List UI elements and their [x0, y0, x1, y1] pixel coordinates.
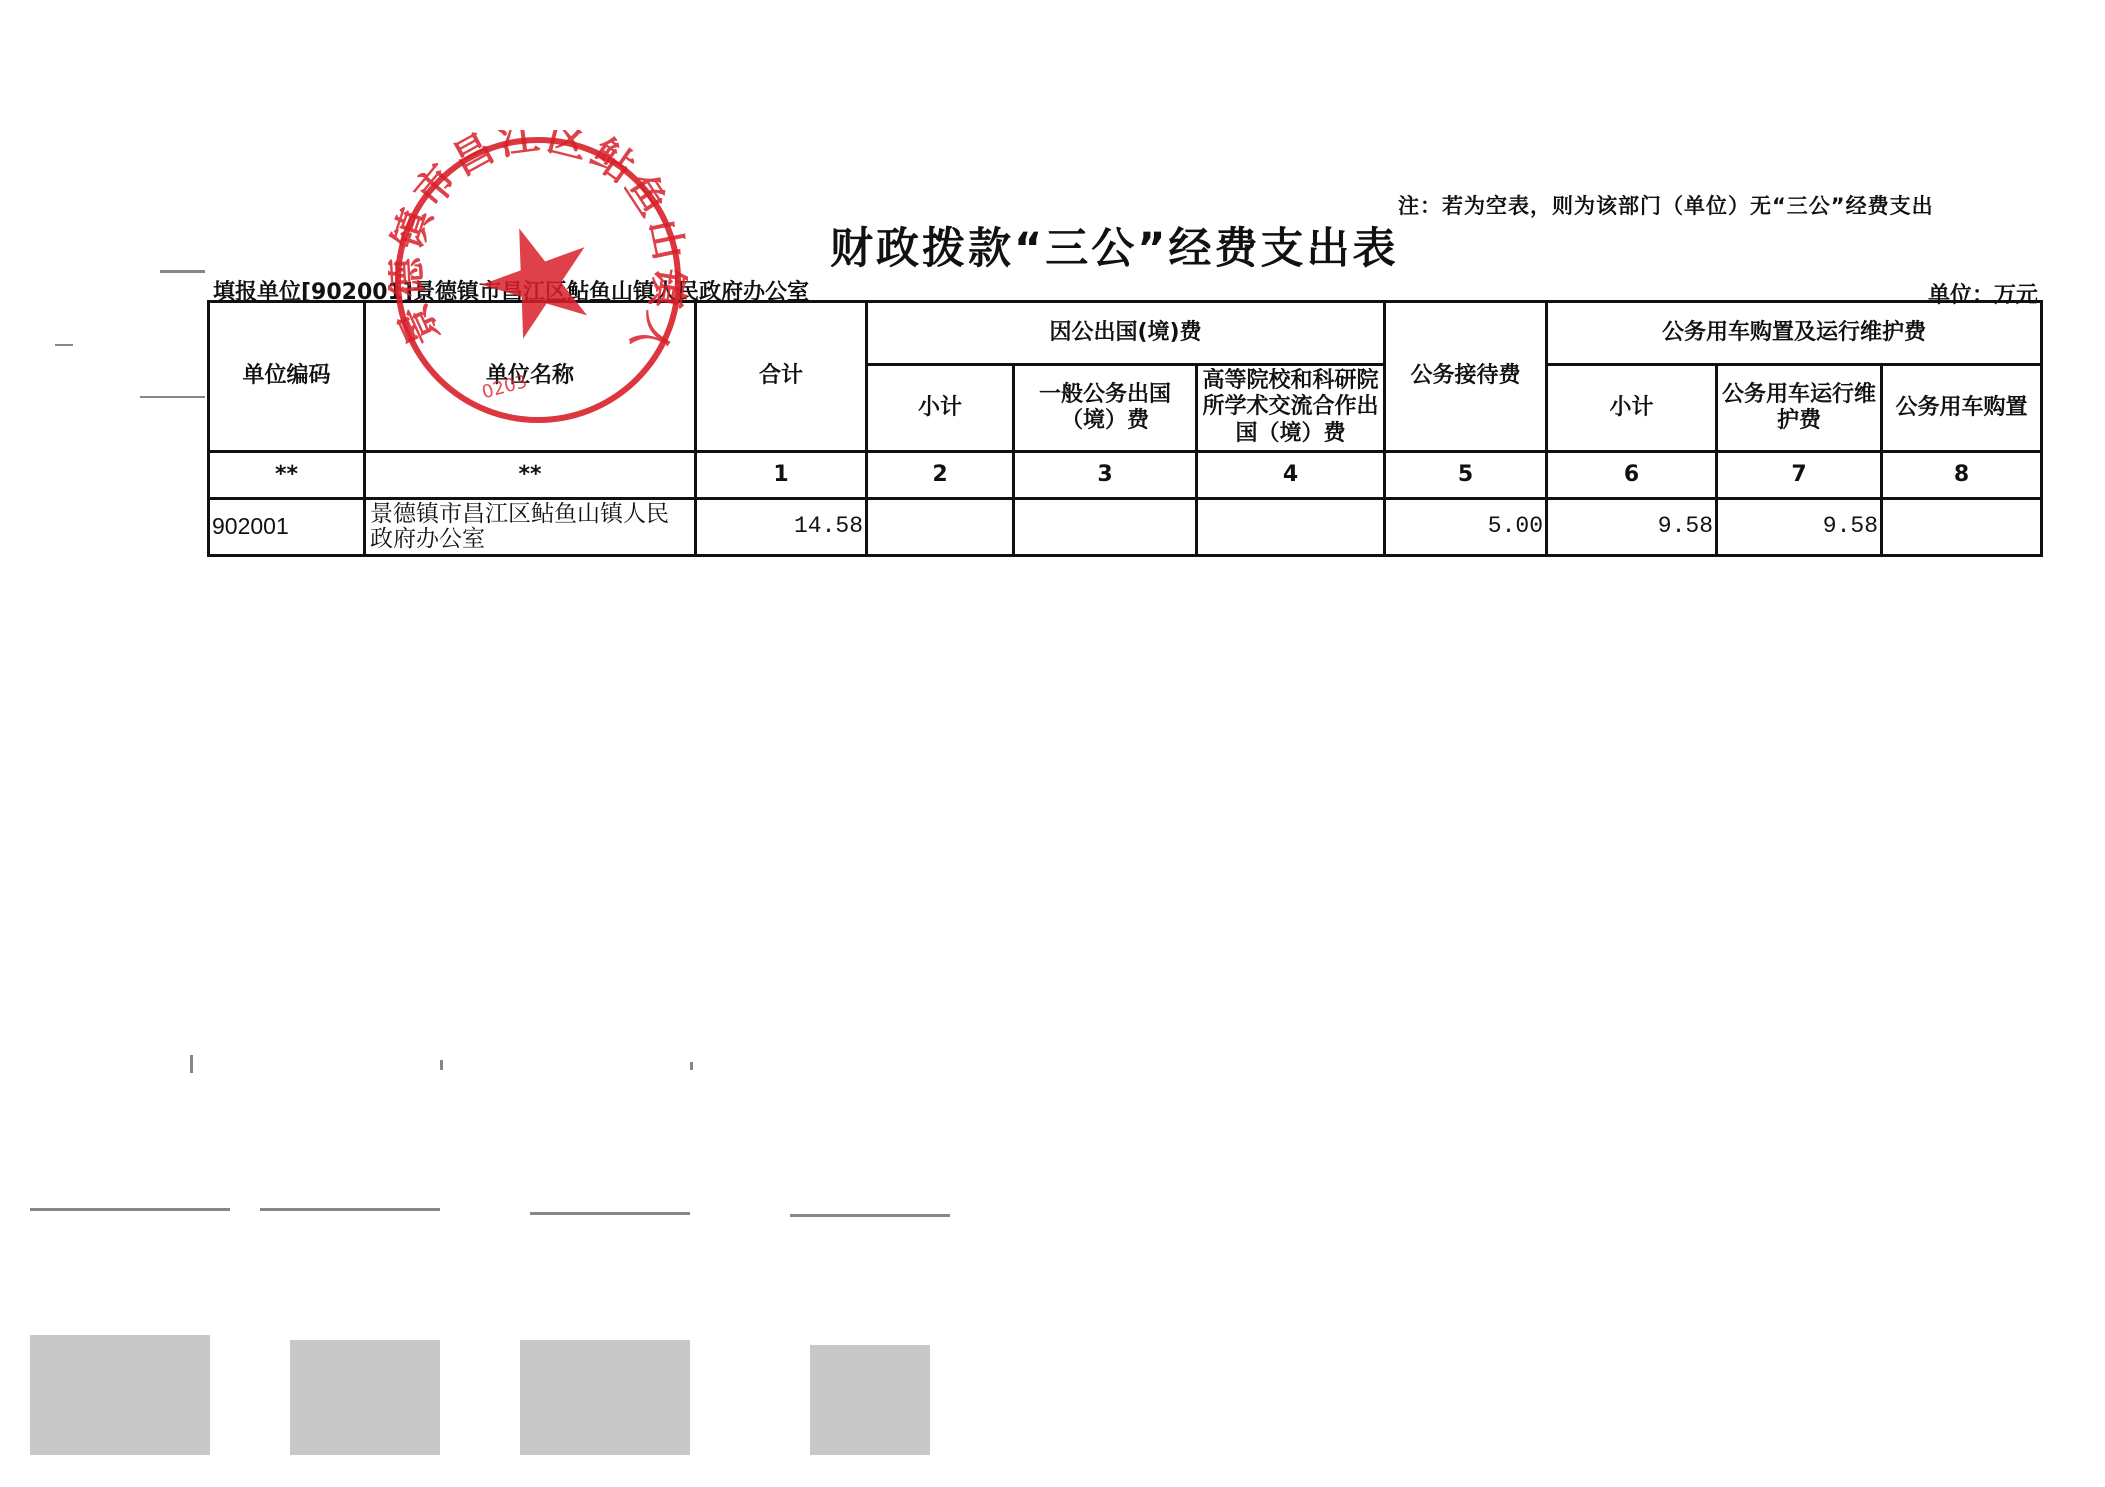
index-cell: 4	[1197, 452, 1385, 499]
header-unit-code: 单位编码	[209, 302, 365, 452]
cell-overseas-general	[1014, 499, 1197, 556]
header-vehicle-purchase: 公务用车购置	[1882, 365, 2042, 452]
scan-blot	[520, 1340, 690, 1455]
header-overseas-academic-text: 高等院校和科研院所学术交流合作出国（境）费	[1202, 368, 1379, 444]
cell-reception: 5.00	[1385, 499, 1547, 556]
scan-blot	[810, 1345, 930, 1455]
index-cell: 7	[1717, 452, 1882, 499]
index-cell: 1	[696, 452, 867, 499]
header-overseas-group: 因公出国(境)费	[867, 302, 1385, 365]
three-public-expenses-table: 单位编码 单位名称 合计 因公出国(境)费 公务接待费 公务用车购置及运行维护费…	[207, 300, 2043, 557]
index-cell: 3	[1014, 452, 1197, 499]
cell-total: 14.58	[696, 499, 867, 556]
scan-mark	[440, 1060, 443, 1070]
index-cell: 2	[867, 452, 1014, 499]
scan-blot	[30, 1335, 210, 1455]
scan-mark	[530, 1212, 690, 1215]
scan-mark	[160, 270, 205, 273]
column-index-row: ** ** 1 2 3 4 5 6 7 8	[209, 452, 2042, 499]
table-row: 902001 景德镇市昌江区鲇鱼山镇人民政府办公室 14.58 5.00 9.5…	[209, 499, 2042, 556]
header-total: 合计	[696, 302, 867, 452]
header-vehicle-subtotal: 小计	[1547, 365, 1717, 452]
header-overseas-subtotal: 小计	[867, 365, 1014, 452]
cell-unit-code: 902001	[209, 499, 365, 556]
header-overseas-academic: 高等院校和科研院所学术交流合作出国（境）费	[1197, 365, 1385, 452]
index-cell: **	[209, 452, 365, 499]
cell-vehicle-purchase	[1882, 499, 2042, 556]
cell-overseas-academic	[1197, 499, 1385, 556]
empty-table-note: 注：若为空表，则为该部门（单位）无“三公”经费支出	[1398, 190, 1934, 220]
scan-mark	[30, 1208, 230, 1211]
index-cell: 6	[1547, 452, 1717, 499]
scan-blot	[290, 1340, 440, 1455]
cell-unit-name-text: 景德镇市昌江区鲇鱼山镇人民政府办公室	[370, 502, 690, 552]
index-cell: 5	[1385, 452, 1547, 499]
header-overseas-general: 一般公务出国（境）费	[1014, 365, 1197, 452]
header-unit-name: 单位名称	[365, 302, 696, 452]
cell-overseas-subtotal	[867, 499, 1014, 556]
scan-mark	[190, 1055, 193, 1073]
page-title: 财政拨款“三公”经费支出表	[830, 215, 1399, 276]
cell-vehicle-subtotal: 9.58	[1547, 499, 1717, 556]
scan-mark	[140, 396, 205, 398]
cell-unit-name: 景德镇市昌江区鲇鱼山镇人民政府办公室	[365, 499, 696, 556]
index-cell: 8	[1882, 452, 2042, 499]
scan-mark	[690, 1062, 693, 1070]
index-cell: **	[365, 452, 696, 499]
scan-mark	[55, 344, 73, 346]
scan-mark	[790, 1214, 950, 1217]
header-vehicle-group: 公务用车购置及运行维护费	[1547, 302, 2042, 365]
cell-vehicle-operation: 9.58	[1717, 499, 1882, 556]
header-reception: 公务接待费	[1385, 302, 1547, 452]
header-row-group: 单位编码 单位名称 合计 因公出国(境)费 公务接待费 公务用车购置及运行维护费	[209, 302, 2042, 365]
header-vehicle-operation: 公务用车运行维护费	[1717, 365, 1882, 452]
scan-mark	[260, 1208, 440, 1211]
